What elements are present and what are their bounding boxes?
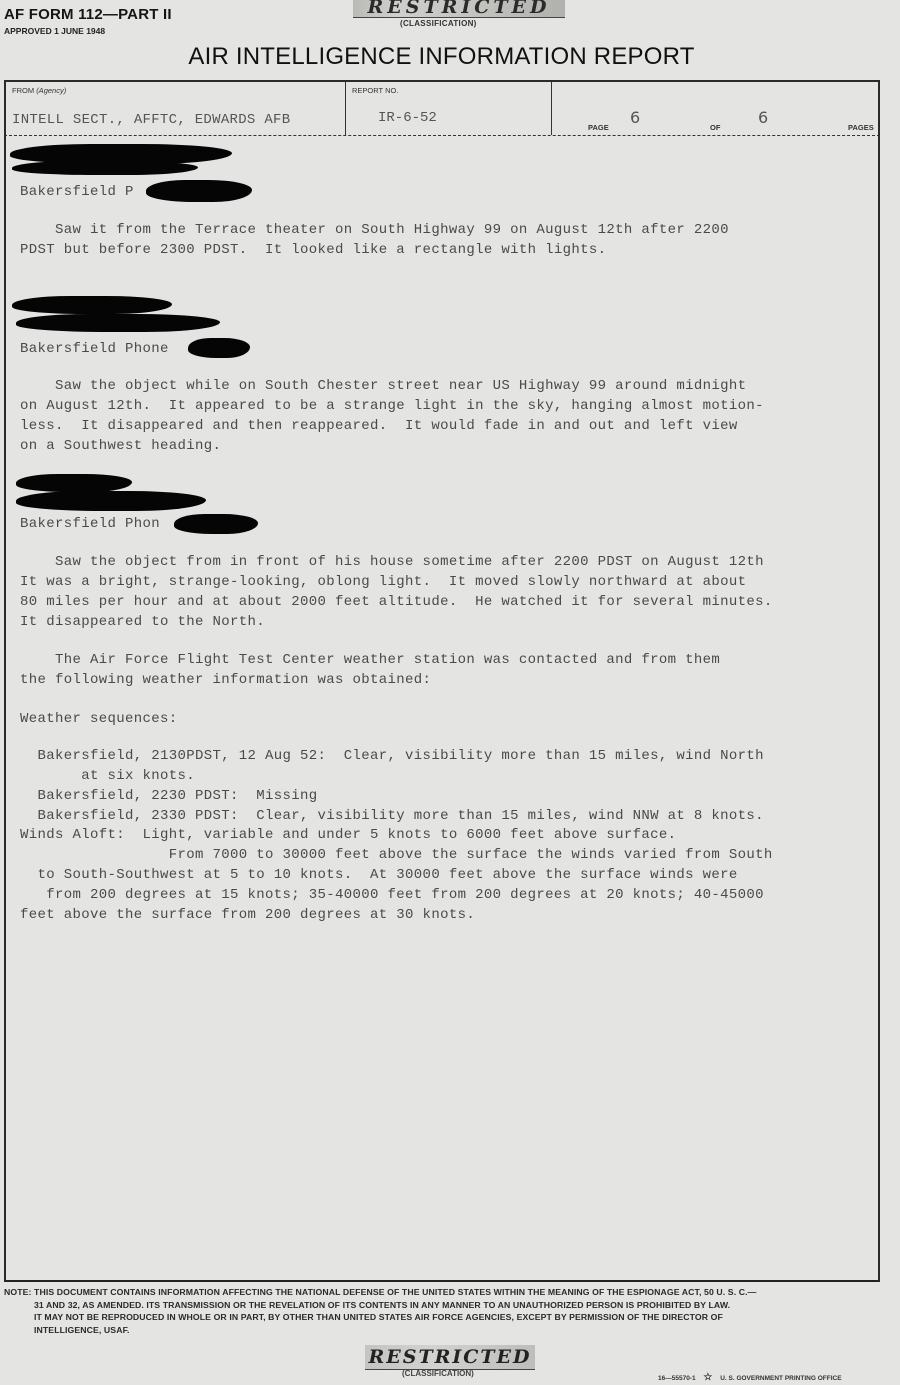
report-title: AIR INTELLIGENCE INFORMATION REPORT <box>0 43 883 71</box>
form-number: AF FORM 112—PART II <box>4 6 172 23</box>
redaction-block <box>188 338 250 358</box>
witness-3-line: 80 miles per hour and at about 2000 feet… <box>20 594 773 610</box>
security-notice: NOTE: THIS DOCUMENT CONTAINS INFORMATION… <box>4 1286 896 1336</box>
notice-line: 31 AND 32, AS AMENDED. ITS TRANSMISSION … <box>4 1299 896 1312</box>
witness-2-line: on August 12th. It appeared to be a stra… <box>20 398 764 414</box>
redaction-block <box>12 296 172 314</box>
redaction-block <box>146 180 252 202</box>
page-number: 6 <box>630 108 640 127</box>
weather-line: Bakersfield, 2230 PDST: Missing <box>20 788 318 804</box>
classification-caption-bottom: (CLASSIFICATION) <box>402 1369 474 1378</box>
weather-intro-line: The Air Force Flight Test Center weather… <box>20 652 720 668</box>
report-number-label: REPORT NO. <box>352 86 398 95</box>
of-label: OF <box>710 123 720 132</box>
witness-3-location: Bakersfield Phon <box>20 516 160 532</box>
winds-aloft-line: feet above the surface from 200 degrees … <box>20 907 475 923</box>
classification-caption-top: (CLASSIFICATION) <box>400 19 477 28</box>
weather-line: Bakersfield, 2130PDST, 12 Aug 52: Clear,… <box>20 748 764 764</box>
weather-line: at six knots. <box>20 768 195 784</box>
page-count-field: PAGE 6 OF 6 PAGES <box>552 82 878 135</box>
classification-stamp-bottom: RESTRICTED <box>365 1345 535 1370</box>
witness-1-line: PDST but before 2300 PDST. It looked lik… <box>20 242 606 258</box>
notice-line: INTELLIGENCE, USAF. <box>4 1324 896 1337</box>
total-pages: 6 <box>758 108 768 127</box>
winds-aloft-line: From 7000 to 30000 feet above the surfac… <box>20 847 773 863</box>
winds-aloft-line: from 200 degrees at 15 knots; 35-40000 f… <box>20 887 764 903</box>
witness-2-line: less. It disappeared and then reappeared… <box>20 418 738 434</box>
witness-1-line: Saw it from the Terrace theater on South… <box>20 222 729 238</box>
pages-label: PAGES <box>848 123 874 132</box>
report-number-field: REPORT NO. IR-6-52 <box>346 82 552 135</box>
winds-aloft-line: Winds Aloft: Light, variable and under 5… <box>20 827 676 843</box>
weather-line: Bakersfield, 2330 PDST: Clear, visibilit… <box>20 808 764 824</box>
redaction-block <box>16 474 132 492</box>
witness-2-line: on a Southwest heading. <box>20 438 221 454</box>
witness-3-line: It was a bright, strange-looking, oblong… <box>20 574 746 590</box>
report-number-value: IR-6-52 <box>378 110 437 126</box>
redaction-block <box>16 491 206 511</box>
from-agency-field: FROM (Agency) INTELL SECT., AFFTC, EDWAR… <box>6 82 346 135</box>
witness-3-line: It disappeared to the North. <box>20 614 265 630</box>
from-agency-label: FROM (Agency) <box>12 86 66 95</box>
witness-2-location: Bakersfield Phone <box>20 341 169 357</box>
report-header-box: FROM (Agency) INTELL SECT., AFFTC, EDWAR… <box>4 80 880 136</box>
notice-line: NOTE: THIS DOCUMENT CONTAINS INFORMATION… <box>4 1287 756 1297</box>
witness-1-location: Bakersfield P <box>20 184 134 200</box>
star-icon: ☆ <box>703 1372 712 1383</box>
weather-heading: Weather sequences: <box>20 711 178 727</box>
redaction-block <box>16 314 220 332</box>
redaction-block <box>12 161 198 175</box>
notice-line: IT MAY NOT BE REPRODUCED IN WHOLE OR IN … <box>4 1311 896 1324</box>
witness-3-line: Saw the object from in front of his hous… <box>20 554 764 570</box>
printer-imprint: 16—55570-1 ☆ U. S. GOVERNMENT PRINTING O… <box>658 1372 842 1383</box>
printer-name: U. S. GOVERNMENT PRINTING OFFICE <box>720 1375 841 1382</box>
page-label: PAGE <box>588 123 609 132</box>
redaction-block <box>174 514 258 534</box>
classification-stamp-top: RESTRICTED <box>353 0 565 18</box>
form-approved-date: APPROVED 1 JUNE 1948 <box>4 26 105 36</box>
winds-aloft-line: to South-Southwest at 5 to 10 knots. At … <box>20 867 738 883</box>
witness-2-line: Saw the object while on South Chester st… <box>20 378 746 394</box>
print-code: 16—55570-1 <box>658 1375 696 1382</box>
weather-intro-line: the following weather information was ob… <box>20 672 431 688</box>
report-body: Bakersfield P Saw it from the Terrace th… <box>4 136 880 1282</box>
from-agency-value: INTELL SECT., AFFTC, EDWARDS AFB <box>12 112 290 128</box>
